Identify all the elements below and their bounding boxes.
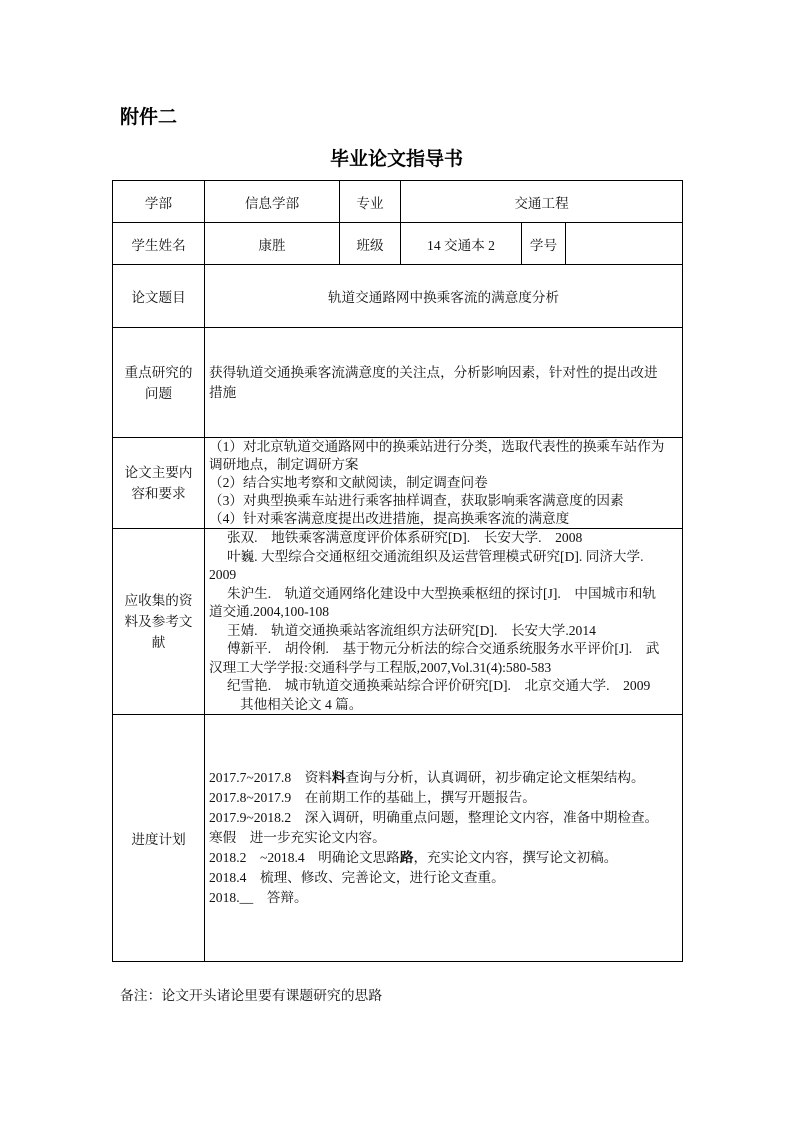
department-label: 学部 xyxy=(113,181,205,223)
content-line: （1）对北京轨道交通路网中的换乘站进行分类，选取代表性的换乘车站作为 xyxy=(209,438,680,456)
label-line: 料及参考文 xyxy=(113,611,204,632)
label-line: 问题 xyxy=(113,383,204,404)
label-line: 容和要求 xyxy=(113,483,204,504)
reference-line: 王婧. 轨道交通换乘站客流组织方法研究[D]. 长安大学.2014 xyxy=(209,622,680,641)
row-research-focus: 重点研究的 问题 获得轨道交通换乘客流满意度的关注点，分析影响因素，针对性的提出… xyxy=(113,328,683,438)
references-value: 张双. 地铁乘客满意度评价体系研究[D]. 长安大学. 2008 叶巍. 大型综… xyxy=(205,529,683,715)
student-name-value: 康胜 xyxy=(205,223,340,265)
row-department: 学部 信息学部 专业 交通工程 xyxy=(113,181,683,223)
schedule-line: 2018.__ 答辩。 xyxy=(209,888,680,908)
reference-line: 纪雪艳. 城市轨道交通换乘站综合评价研究[D]. 北京交通大学. 2009 xyxy=(209,677,680,696)
schedule-line: 2017.9~2018.2 深入调研，明确重点问题，整理论文内容，准备中期检查。 xyxy=(209,808,680,828)
reference-line: 张双. 地铁乘客满意度评价体系研究[D]. 长安大学. 2008 xyxy=(209,529,680,548)
schedule-text: 寒假 进一步充实论文内容。 xyxy=(209,830,386,845)
schedule-line: 2017.8~2017.9 在前期工作的基础上，撰写开题报告。 xyxy=(209,788,680,808)
label-line: 论文主要内 xyxy=(113,462,204,483)
label-line: 应收集的资 xyxy=(113,590,204,611)
label-line: 重点研究的 xyxy=(113,362,204,383)
schedule-bold-char: 路 xyxy=(400,850,414,866)
schedule-line: 寒假 进一步充实论文内容。 xyxy=(209,828,680,848)
content-line: （2）结合实地考察和文献阅读，制定调查问卷 xyxy=(209,474,680,492)
schedule-text: 2017.9~2018.2 深入调研，明确重点问题，整理论文内容，准备中期检查。 xyxy=(209,810,658,825)
class-label: 班级 xyxy=(340,223,401,265)
row-references: 应收集的资 料及参考文 献 张双. 地铁乘客满意度评价体系研究[D]. 长安大学… xyxy=(113,529,683,715)
label-line: 献 xyxy=(113,632,204,653)
attachment-label: 附件二 xyxy=(120,102,177,129)
reference-line: 叶巍. 大型综合交通枢纽交通流组织及运营管理模式研究[D]. 同济大学. xyxy=(209,548,680,567)
major-label: 专业 xyxy=(340,181,401,223)
schedule-text: 查询与分析，认真调研，初步确定论文框架结构。 xyxy=(346,770,645,785)
content-line: 调研地点，制定调研方案 xyxy=(209,456,680,474)
student-id-value xyxy=(566,223,683,265)
schedule-text: 2017.7~2017.8 资料 xyxy=(209,770,332,785)
reference-line: 朱沪生. 轨道交通网络化建设中大型换乘枢纽的探讨[J]. 中国城市和轨 xyxy=(209,585,680,604)
content-line: （3）对典型换乘车站进行乘客抽样调查，获取影响乘客满意度的因素 xyxy=(209,492,680,510)
reference-line: 道交通.2004,100-108 xyxy=(209,603,680,622)
schedule-text: 2018.4 梳理、修改、完善论文，进行论文查重。 xyxy=(209,870,505,885)
main-content-label: 论文主要内 容和要求 xyxy=(113,438,205,529)
reference-line: 2009 xyxy=(209,566,680,585)
schedule-text: 2018.__ 答辩。 xyxy=(209,890,308,905)
schedule-value: 2017.7~2017.8 资料料查询与分析，认真调研，初步确定论文框架结构。 … xyxy=(205,715,683,962)
department-value: 信息学部 xyxy=(205,181,340,223)
major-value: 交通工程 xyxy=(401,181,683,223)
page-title: 毕业论文指导书 xyxy=(0,144,793,171)
row-schedule: 进度计划 2017.7~2017.8 资料料查询与分析，认真调研，初步确定论文框… xyxy=(113,715,683,962)
thesis-title-value: 轨道交通路网中换乘客流的满意度分析 xyxy=(205,265,683,328)
class-value: 14 交通本 2 xyxy=(401,223,522,265)
text-line: 措施 xyxy=(209,383,680,403)
content-line: （4）针对乘客满意度提出改进措施，提高换乘客流的满意度 xyxy=(209,510,680,528)
research-focus-label: 重点研究的 问题 xyxy=(113,328,205,438)
thesis-title-label: 论文题目 xyxy=(113,265,205,328)
schedule-text: 2018.2 ~2018.4 明确论文思路 xyxy=(209,850,400,865)
row-thesis-title: 论文题目 轨道交通路网中换乘客流的满意度分析 xyxy=(113,265,683,328)
row-student: 学生姓名 康胜 班级 14 交通本 2 学号 xyxy=(113,223,683,265)
row-main-content: 论文主要内 容和要求 （1）对北京轨道交通路网中的换乘站进行分类，选取代表性的换… xyxy=(113,438,683,529)
reference-line: 傅新平. 胡伶俐. 基于物元分析法的综合交通系统服务水平评价[J]. 武 xyxy=(209,640,680,659)
reference-line: 其他相关论文 4 篇。 xyxy=(209,696,680,715)
research-focus-value: 获得轨道交通换乘客流满意度的关注点，分析影响因素，针对性的提出改进 措施 xyxy=(205,328,683,438)
schedule-bold-char: 料 xyxy=(332,770,346,786)
schedule-line: 2017.7~2017.8 资料料查询与分析，认真调研，初步确定论文框架结构。 xyxy=(209,768,680,788)
schedule-text: ，充实论文内容，撰写论文初稿。 xyxy=(413,850,617,865)
schedule-label: 进度计划 xyxy=(113,715,205,962)
schedule-text: 2017.8~2017.9 在前期工作的基础上，撰写开题报告。 xyxy=(209,790,536,805)
main-content-value: （1）对北京轨道交通路网中的换乘站进行分类，选取代表性的换乘车站作为 调研地点，… xyxy=(205,438,683,529)
schedule-line: 2018.2 ~2018.4 明确论文思路路，充实论文内容，撰写论文初稿。 xyxy=(209,848,680,868)
schedule-line: 2018.4 梳理、修改、完善论文，进行论文查重。 xyxy=(209,868,680,888)
student-id-label: 学号 xyxy=(522,223,566,265)
references-label: 应收集的资 料及参考文 献 xyxy=(113,529,205,715)
student-name-label: 学生姓名 xyxy=(113,223,205,265)
reference-line: 汉理工大学学报:交通科学与工程版,2007,Vol.31(4):580-583 xyxy=(209,659,680,678)
footnote: 备注：论文开头诸论里要有课题研究的思路 xyxy=(120,984,382,1004)
text-line: 获得轨道交通换乘客流满意度的关注点，分析影响因素，针对性的提出改进 xyxy=(209,363,680,383)
thesis-guidance-form: 学部 信息学部 专业 交通工程 学生姓名 康胜 班级 14 交通本 2 学号 论… xyxy=(112,180,683,962)
